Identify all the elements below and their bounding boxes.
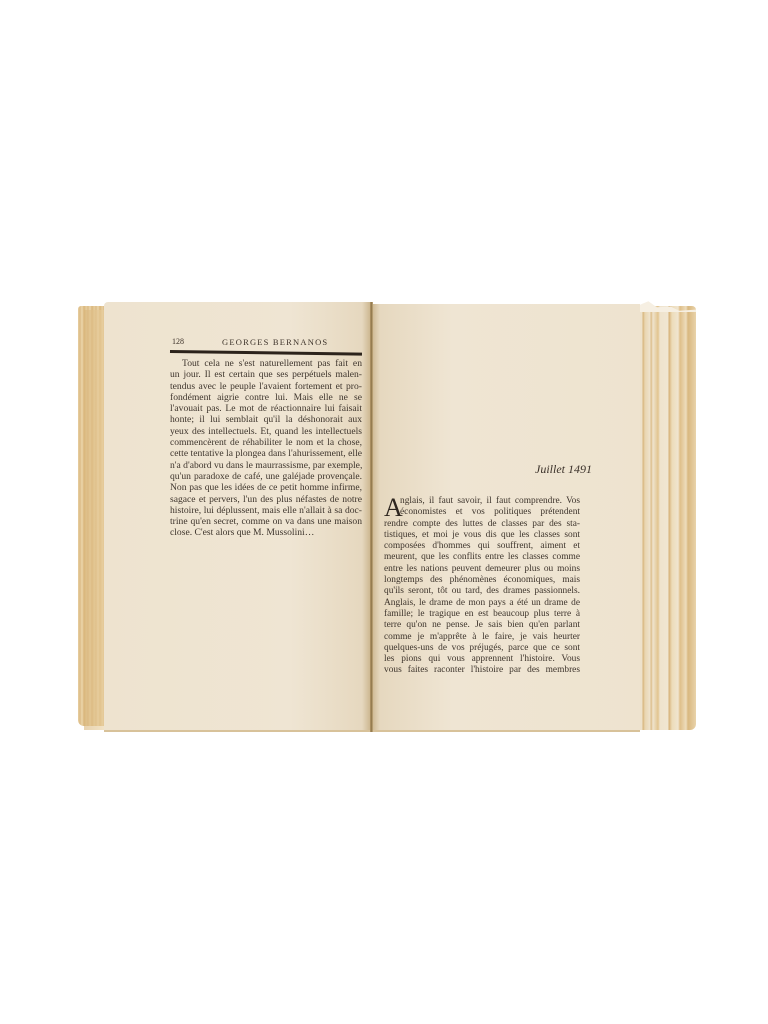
text-line: tendus avec le peuple l'avaient fortemen…: [170, 381, 362, 392]
text-line: qu'ils seront, tôt ou tard, des drames p…: [384, 586, 580, 597]
text-line: tistiques, et moi je vous dis que les cl…: [384, 530, 580, 541]
text-line: sagace et pervers, l'un des plus néfaste…: [170, 494, 362, 505]
text-line: commencèrent de réhabiliter le nom et la…: [170, 437, 362, 448]
text-line: comme je m'apprête à le faire, je vais h…: [384, 632, 580, 643]
text-line: longtemps des phénomènes économiques, ma…: [384, 575, 580, 586]
text-line: l'avouait pas. Le mot de réactionnaire l…: [170, 403, 362, 414]
text-line: quelques-uns de vos préjugés, parce que …: [384, 643, 580, 654]
running-head: 128 GEORGES BERNANOS: [172, 337, 360, 351]
text-line: fondément aigrie contre lui. Mais elle n…: [170, 392, 362, 403]
text-line: terre qu'on ne pense. Je sais bien qu'en…: [384, 620, 580, 631]
chapter-title: Juillet 1491: [440, 462, 592, 477]
text-line: close. C'est alors que M. Mussolini…: [170, 527, 362, 538]
right-page-edges: [638, 306, 696, 730]
text-line: un jour. Il est certain que ses perpétue…: [170, 369, 362, 380]
text-line: Anglais, le drame de mon pays a été un d…: [384, 598, 580, 609]
text-line: composées d'hommes qui souffrent, aiment…: [384, 541, 580, 552]
text-line: trine qu'en secret, comme on va dans une…: [170, 516, 362, 527]
text-line: n'a d'abord vu dans le maurrassisme, par…: [170, 460, 362, 471]
page-number: 128: [172, 337, 184, 346]
book-gutter: [370, 302, 373, 732]
text-line: cette tentative la plongea dans l'ahuris…: [170, 448, 362, 459]
text-line: qu'un paradoxe de café, une galéjade pro…: [170, 471, 362, 482]
text-line: histoire, lui déplussent, mais elle n'al…: [170, 505, 362, 516]
running-head-author: GEORGES BERNANOS: [222, 337, 328, 347]
text-line: les pions qui vous apprennent l'histoire…: [384, 654, 580, 665]
text-line: famille; le tragique en est beaucoup plu…: [384, 609, 580, 620]
text-line: vous faites raconter l'histoire par des …: [384, 665, 580, 676]
text-line: honte; il lui semblait qu'il la déshonor…: [170, 414, 362, 425]
right-page-text: nglais, il faut savoir, il faut comprend…: [384, 496, 580, 677]
text-line: Tout cela ne s'est naturellement pas fai…: [170, 358, 362, 369]
text-line: nglais, il faut savoir, il faut comprend…: [384, 496, 580, 507]
text-line: entre les nations peuvent demeurer plus …: [384, 564, 580, 575]
text-line: yeux des intellectuels. Et, quand les in…: [170, 426, 362, 437]
left-page-text: Tout cela ne s'est naturellement pas fai…: [170, 358, 362, 539]
text-line: économistes et vos politiques prétendent: [384, 507, 580, 518]
open-book: 128 GEORGES BERNANOS Tout cela ne s'est …: [0, 0, 768, 1024]
text-line: meurent, que les conflits entre les clas…: [384, 552, 580, 563]
text-line: Non pas que les idées de ce petit homme …: [170, 482, 362, 493]
text-line: rendre compte des luttes de classes par …: [384, 519, 580, 530]
